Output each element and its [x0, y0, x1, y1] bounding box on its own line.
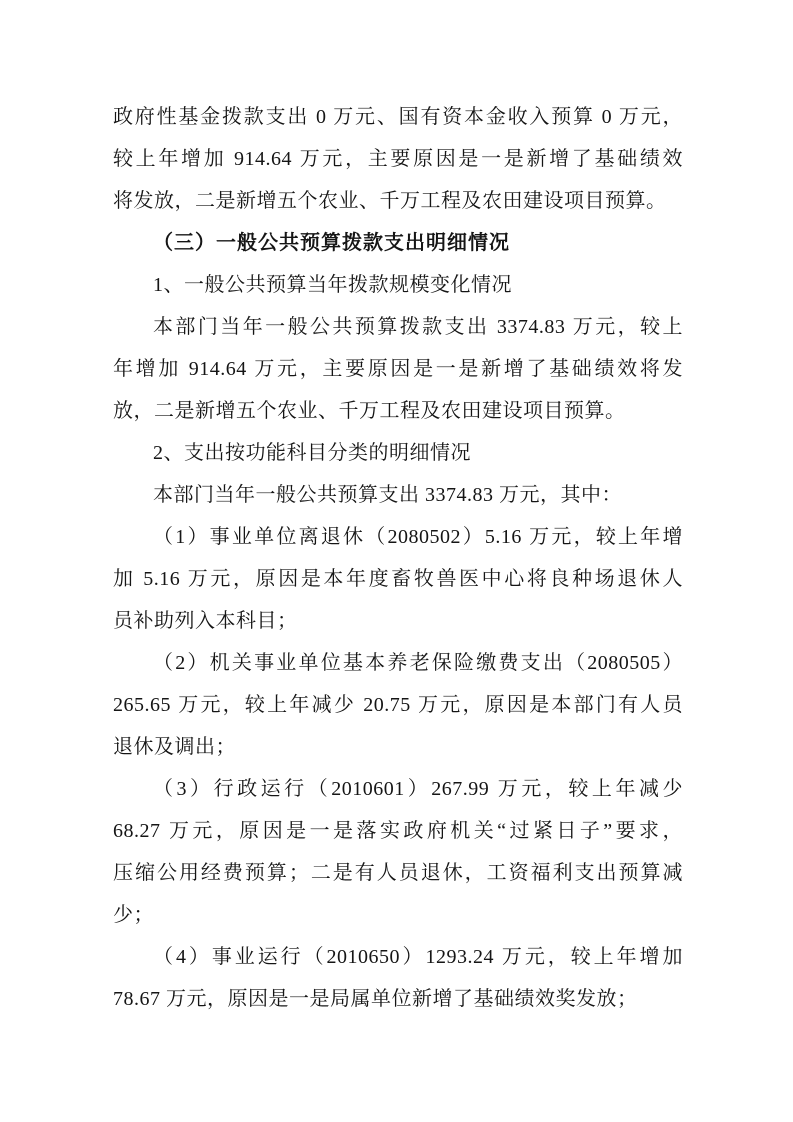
- text-line: （3）行政运行（2010601）267.99 万元，较上年减少: [113, 768, 683, 810]
- text-line: 较上年增加 914.64 万元，主要原因是一是新增了基础绩效: [113, 138, 683, 180]
- text-line: 放，二是新增五个农业、千万工程及农田建设项目预算。: [113, 390, 683, 432]
- subsection-title: 2、支出按功能科目分类的明细情况: [113, 432, 683, 474]
- text-line: 本部门当年一般公共预算拨款支出 3374.83 万元，较上: [113, 306, 683, 348]
- text-line: 政府性基金拨款支出 0 万元、国有资本金收入预算 0 万元，: [113, 96, 683, 138]
- text-line: 将发放，二是新增五个农业、千万工程及农田建设项目预算。: [113, 180, 683, 222]
- text-line: 68.27 万元，原因是一是落实政府机关“过紧日子”要求，: [113, 810, 683, 852]
- section-heading: （三）一般公共预算拨款支出明细情况: [113, 222, 683, 264]
- text-line: 265.65 万元，较上年减少 20.75 万元，原因是本部门有人员: [113, 684, 683, 726]
- text-line: 本部门当年一般公共预算支出 3374.83 万元，其中：: [113, 474, 683, 516]
- text-line: （2）机关事业单位基本养老保险缴费支出（2080505）: [113, 642, 683, 684]
- text-line: 少；: [113, 894, 683, 936]
- text-line: （1）事业单位离退休（2080502）5.16 万元，较上年增: [113, 516, 683, 558]
- text-line: 年增加 914.64 万元，主要原因是一是新增了基础绩效将发: [113, 348, 683, 390]
- text-line: 退休及调出；: [113, 726, 683, 768]
- text-line: 压缩公用经费预算；二是有人员退休，工资福利支出预算减: [113, 852, 683, 894]
- page-content: 政府性基金拨款支出 0 万元、国有资本金收入预算 0 万元， 较上年增加 914…: [113, 96, 683, 1020]
- document-page: 政府性基金拨款支出 0 万元、国有资本金收入预算 0 万元， 较上年增加 914…: [0, 0, 793, 1122]
- subsection-title: 1、一般公共预算当年拨款规模变化情况: [113, 264, 683, 306]
- text-line: （4）事业运行（2010650）1293.24 万元，较上年增加: [113, 936, 683, 978]
- text-line: 加 5.16 万元，原因是本年度畜牧兽医中心将良种场退休人: [113, 558, 683, 600]
- text-line: 78.67 万元，原因是一是局属单位新增了基础绩效奖发放；: [113, 978, 683, 1020]
- text-line: 员补助列入本科目；: [113, 600, 683, 642]
